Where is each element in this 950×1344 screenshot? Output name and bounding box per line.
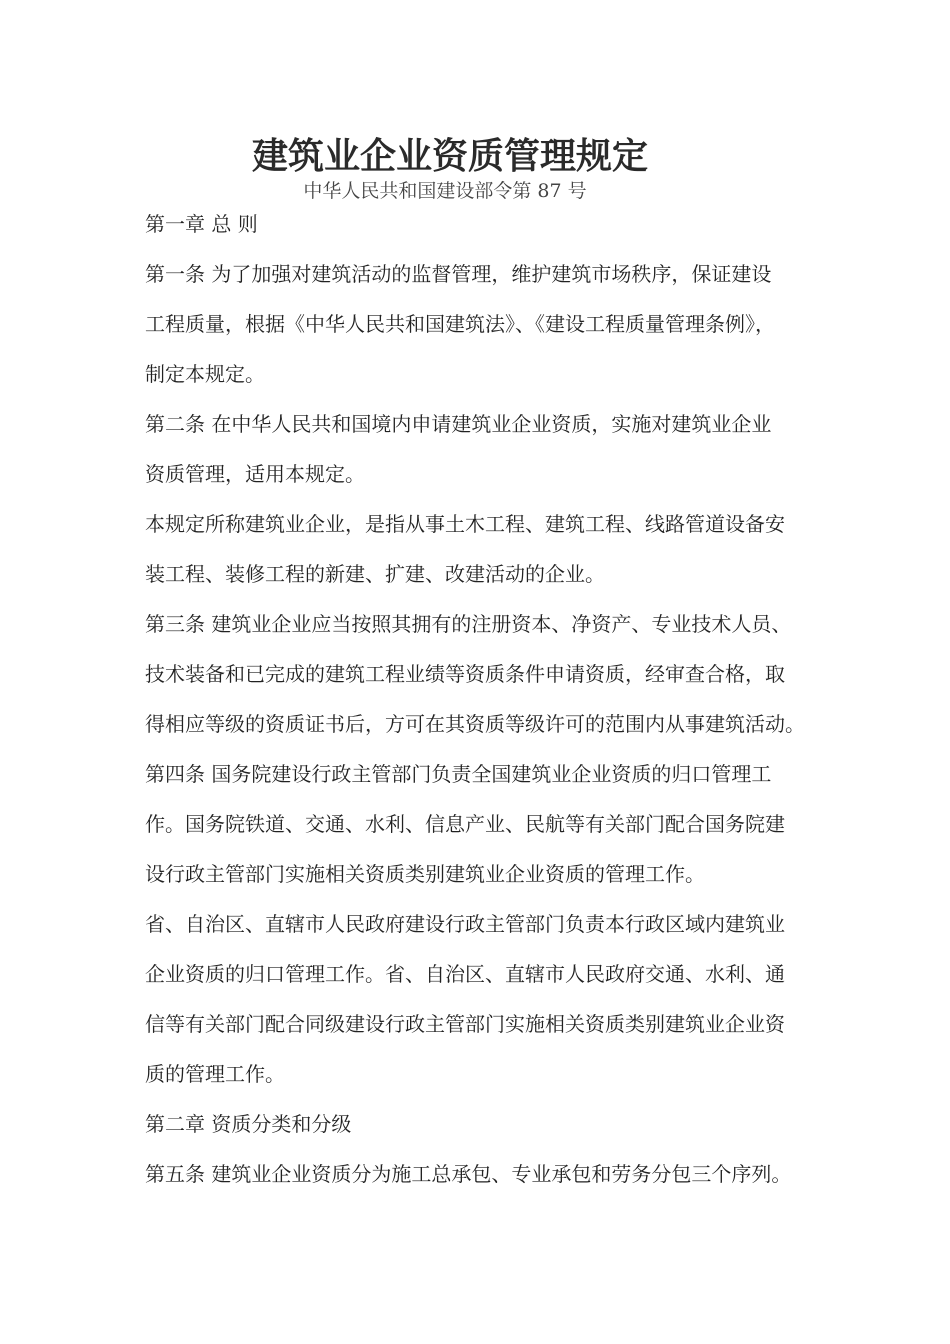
- document-subtitle: 中华人民共和国建设部令第 87 号: [0, 176, 890, 203]
- article-line: 制定本规定。: [145, 357, 835, 407]
- article-line: 第二条 在中华人民共和国境内申请建筑业企业资质，实施对建筑业企业: [145, 407, 835, 457]
- article-line: 企业资质的归口管理工作。省、自治区、直辖市人民政府交通、水利、通: [145, 957, 835, 1007]
- article-line: 工程质量，根据《中华人民共和国建筑法》、《建设工程质量管理条例》，: [145, 307, 835, 357]
- article-line: 第四条 国务院建设行政主管部门负责全国建筑业企业资质的归口管理工: [145, 757, 835, 807]
- article-line: 本规定所称建筑业企业，是指从事土木工程、建筑工程、线路管道设备安: [145, 507, 835, 557]
- chapter-heading: 第二章 资质分类和分级: [145, 1107, 835, 1157]
- article-line: 技术装备和已完成的建筑工程业绩等资质条件申请资质，经审查合格，取: [145, 657, 835, 707]
- article-line: 设行政主管部门实施相关资质类别建筑业企业资质的管理工作。: [145, 857, 835, 907]
- article-line: 装工程、装修工程的新建、扩建、改建活动的企业。: [145, 557, 835, 607]
- document-title: 建筑业企业资质管理规定: [0, 128, 900, 179]
- article-line: 第五条 建筑业企业资质分为施工总承包、专业承包和劳务分包三个序列。: [145, 1157, 835, 1207]
- article-line: 作。国务院铁道、交通、水利、信息产业、民航等有关部门配合国务院建: [145, 807, 835, 857]
- article-line: 资质管理，适用本规定。: [145, 457, 835, 507]
- article-line: 信等有关部门配合同级建设行政主管部门实施相关资质类别建筑业企业资: [145, 1007, 835, 1057]
- article-line: 质的管理工作。: [145, 1057, 835, 1107]
- article-line: 省、自治区、直辖市人民政府建设行政主管部门负责本行政区域内建筑业: [145, 907, 835, 957]
- article-line: 得相应等级的资质证书后，方可在其资质等级许可的范围内从事建筑活动。: [145, 707, 835, 757]
- article-line: 第三条 建筑业企业应当按照其拥有的注册资本、净资产、专业技术人员、: [145, 607, 835, 657]
- chapter-heading: 第一章 总 则: [145, 207, 835, 257]
- article-line: 第一条 为了加强对建筑活动的监督管理，维护建筑市场秩序，保证建设: [145, 257, 835, 307]
- document-body: 第一章 总 则 第一条 为了加强对建筑活动的监督管理，维护建筑市场秩序，保证建设…: [145, 207, 835, 1207]
